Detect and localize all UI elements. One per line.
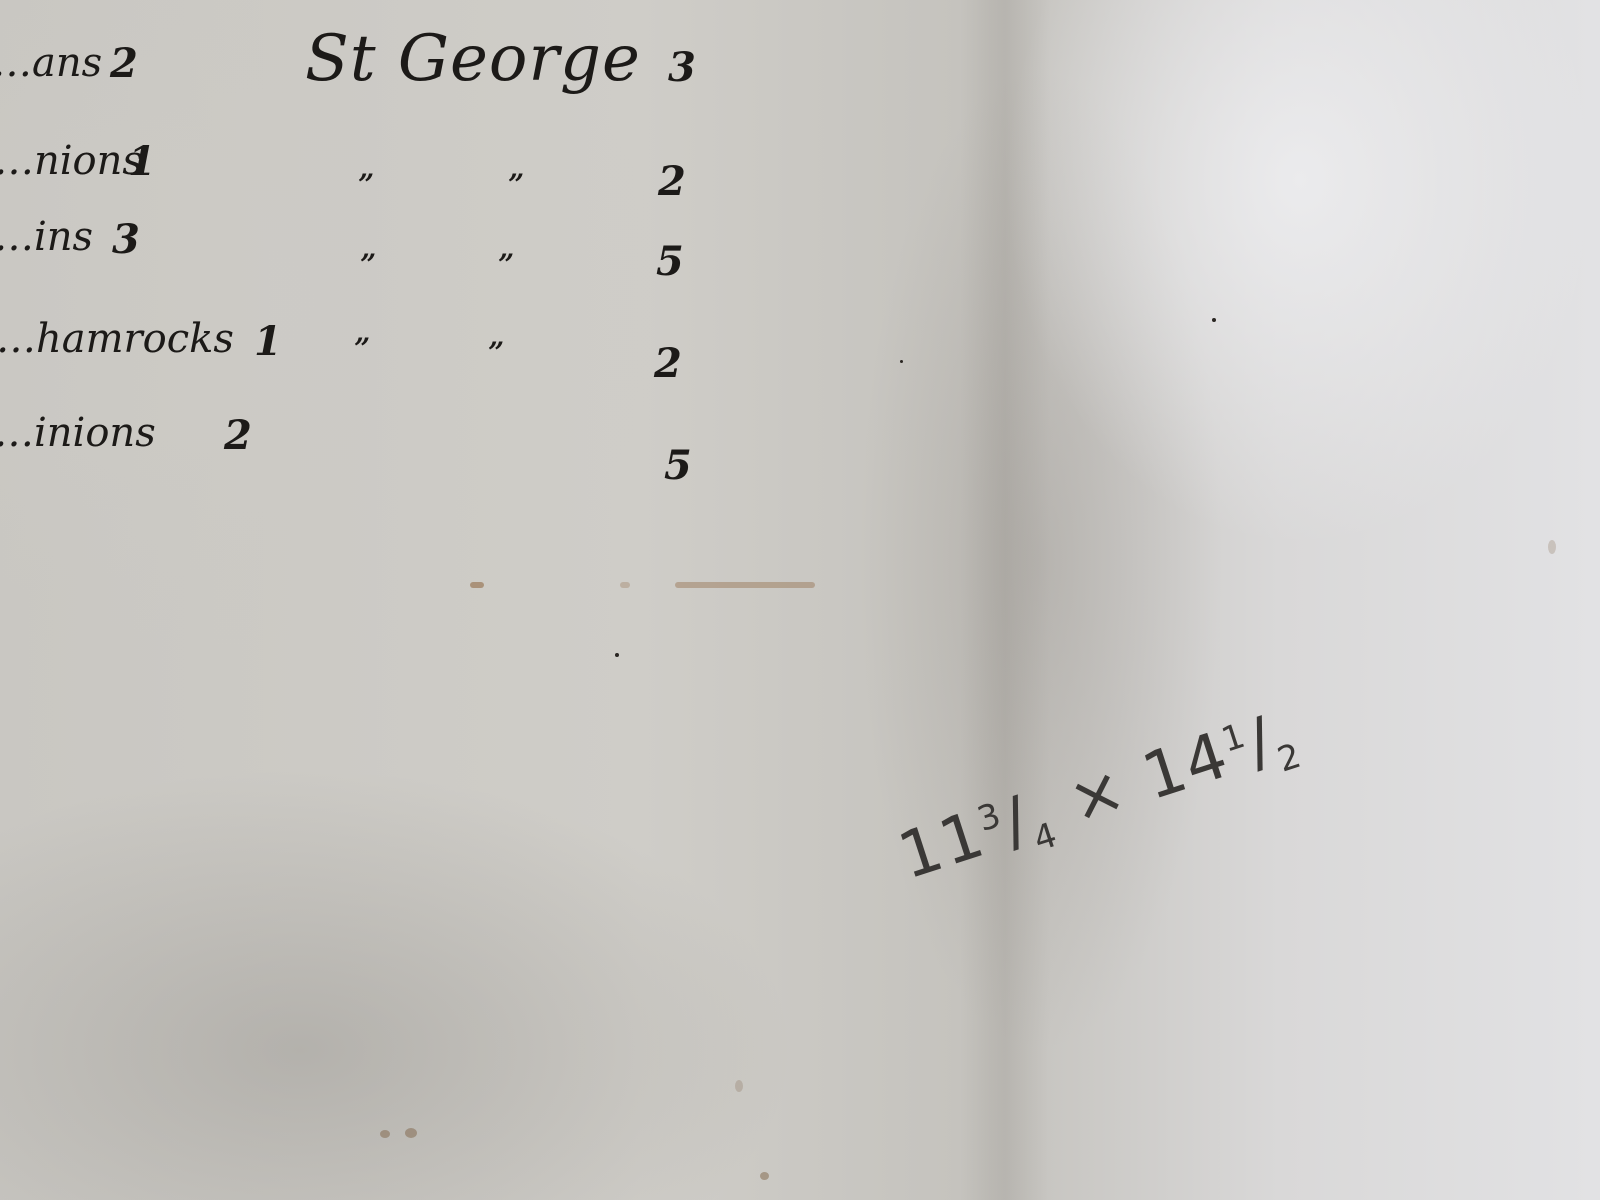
- ink-speck: [900, 360, 903, 363]
- opponent-name: St George: [305, 22, 641, 96]
- left-team-name: …nions: [0, 138, 143, 184]
- foxing-spot: [1548, 540, 1556, 554]
- left-team-score: 2: [110, 40, 138, 87]
- foxing-spot: [735, 1080, 743, 1092]
- pencil-dimension-note: 113/4 × 141/2: [890, 696, 1308, 900]
- left-team-name: …ans: [0, 40, 102, 86]
- ink-speck: [1212, 318, 1216, 322]
- ink-speck: [615, 653, 619, 657]
- left-team-score: 3: [112, 216, 140, 263]
- ditto-mark: ”: [358, 168, 374, 201]
- foxing-spot: [760, 1172, 769, 1180]
- foxing-spot: [380, 1130, 390, 1138]
- left-team-score: 2: [224, 412, 252, 459]
- ditto-mark: ”: [360, 248, 376, 281]
- dimension-b-denominator: 2: [1273, 735, 1308, 780]
- dimension-a-denominator: 4: [1029, 814, 1064, 859]
- times-sign: ×: [1060, 752, 1136, 840]
- left-team-name: …hamrocks: [0, 316, 234, 362]
- rust-stain: [675, 582, 815, 588]
- opponent-score: 5: [656, 238, 684, 285]
- left-team-score: 1: [128, 138, 156, 185]
- opponent-score: 3: [668, 44, 696, 91]
- opponent-score: 5: [664, 442, 692, 489]
- ditto-mark: ”: [488, 336, 504, 369]
- left-team-score: 1: [254, 318, 282, 365]
- left-team-name: …ins: [0, 214, 93, 260]
- opponent-score: 2: [654, 340, 682, 387]
- left-team-name: …inions: [0, 410, 156, 456]
- rust-stain: [470, 582, 484, 588]
- opponent-score: 2: [658, 158, 686, 205]
- foxing-spot: [405, 1128, 417, 1138]
- paper-fold-shadow: [960, 0, 1050, 1200]
- ditto-mark: ”: [498, 248, 514, 281]
- ditto-mark: ”: [508, 168, 524, 201]
- rust-stain: [620, 582, 630, 588]
- ditto-mark: ”: [354, 332, 370, 365]
